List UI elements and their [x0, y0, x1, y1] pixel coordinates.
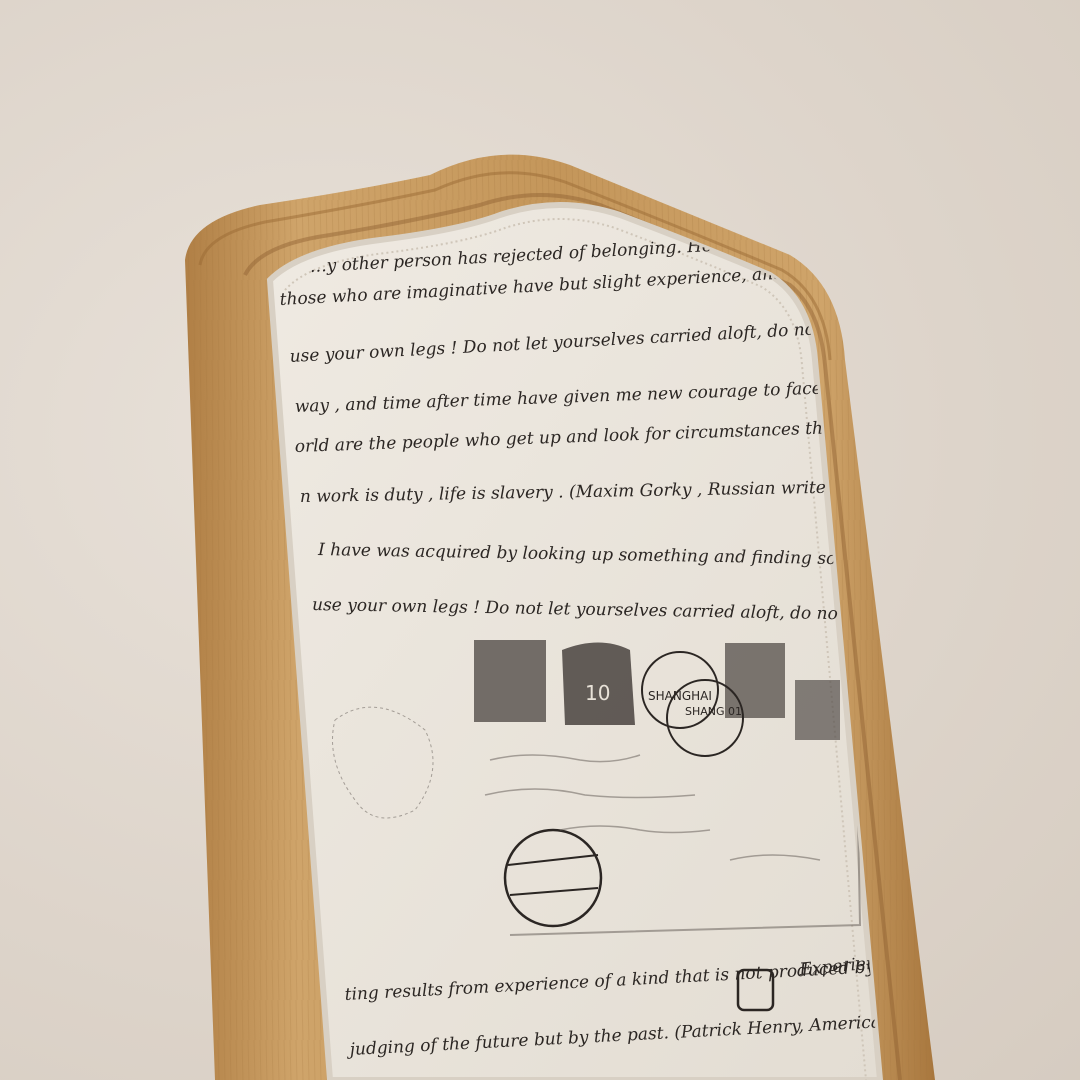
chair-back-photo: …y other person has rejected of belongin…: [0, 0, 1080, 1080]
postmark-text: SHANGHAI: [648, 689, 712, 703]
postmark-text: SHANG 01: [685, 705, 742, 718]
stamp-value: 10: [585, 681, 610, 705]
